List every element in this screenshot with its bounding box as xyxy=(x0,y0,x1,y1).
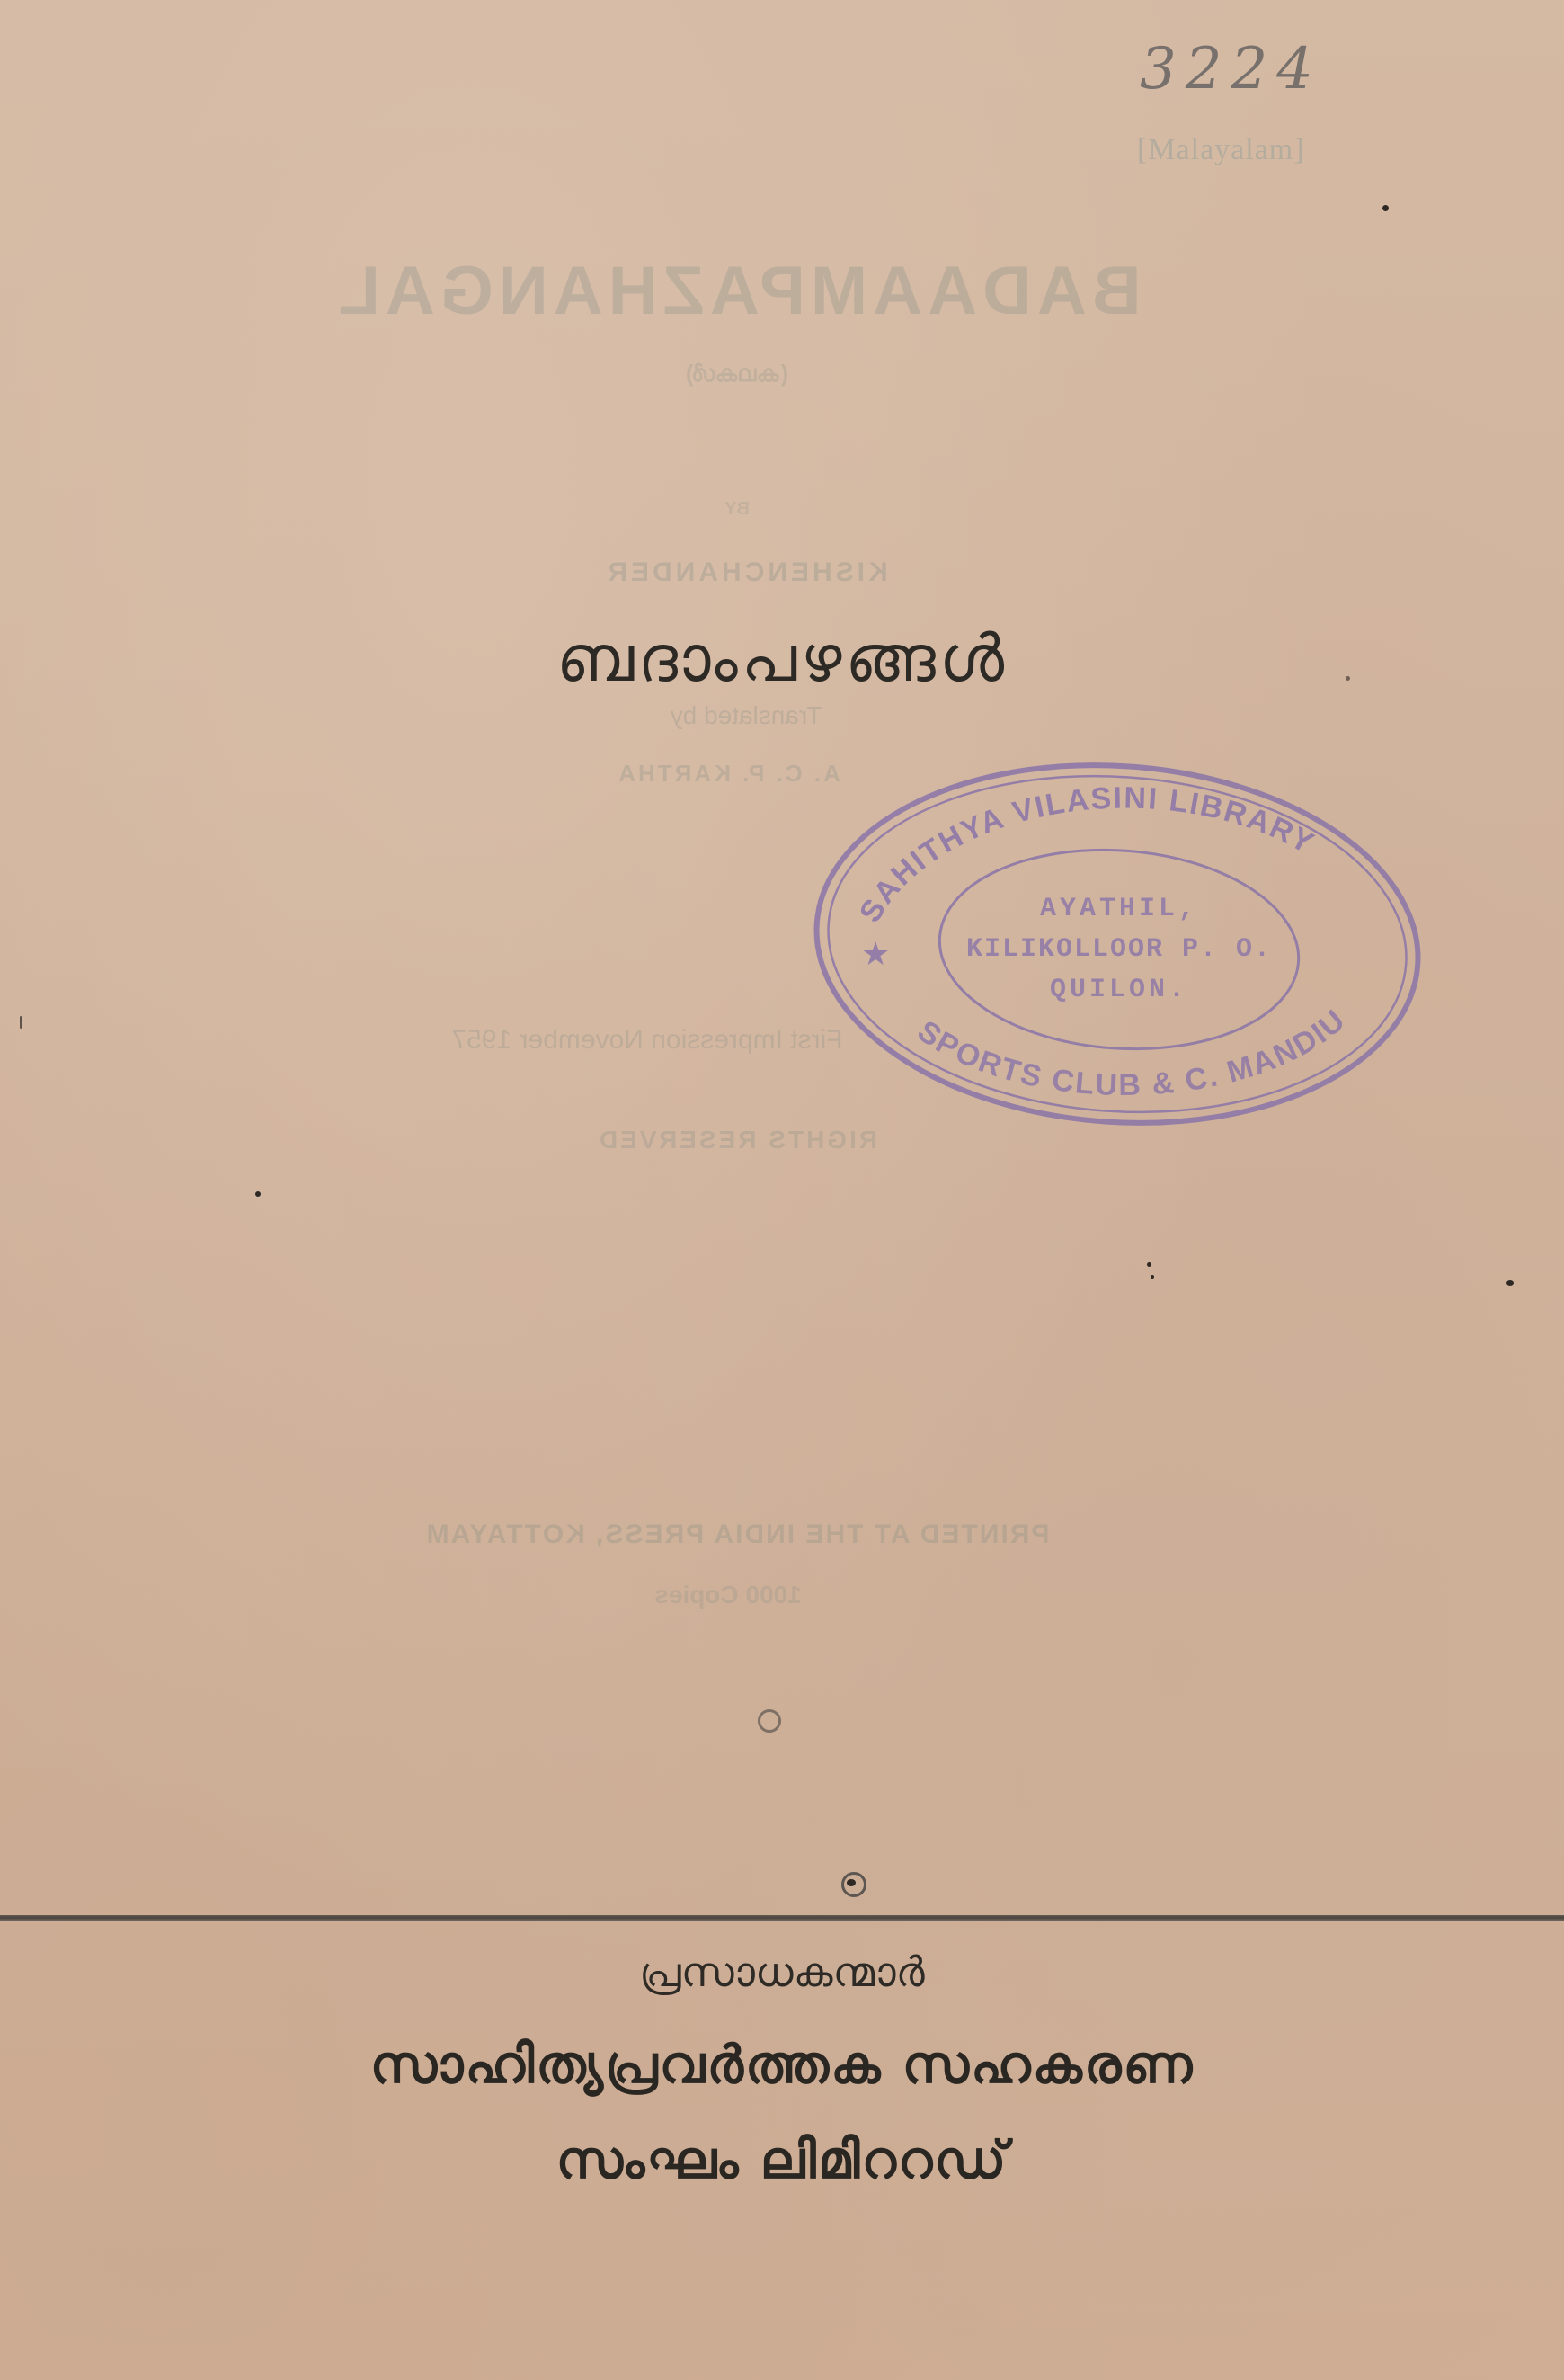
paper-speck xyxy=(1382,205,1389,211)
show-through-copies: 1000 Copies xyxy=(611,1581,845,1609)
paper-speck xyxy=(1151,1275,1154,1279)
show-through-printer: PRINTED AT THE INDIA PRESS, KOTTAYAM xyxy=(306,1520,1169,1550)
show-through-translated-by: Translated by xyxy=(611,701,881,730)
show-through-title: BADAAMPAZHANGAL xyxy=(270,252,1204,330)
stamp-inner-line2: KILIKOLLOOR P. O. xyxy=(966,934,1272,965)
stamp-inner-line3: QUILON. xyxy=(1050,975,1188,1005)
title-page: 3224 [Malayalam] BADAAMPAZHANGAL (കഥകൾ) … xyxy=(0,0,1564,2380)
publisher-name-line2: സംഘം ലിമിററഡ് xyxy=(0,2129,1564,2191)
paper-speck xyxy=(20,1016,22,1029)
publisher-name-line1: സാഹിത്യപ്രവർത്തക സഹകരണ xyxy=(0,2034,1564,2096)
paper-speck xyxy=(255,1191,261,1197)
paper-speck xyxy=(847,1879,856,1886)
book-title: ബദാംപഴങ്ങൾ xyxy=(0,620,1564,698)
catalog-number: 3224 xyxy=(1140,36,1322,103)
divider-rule xyxy=(0,1915,1564,1921)
library-stamp: SAHITHYA VILASINI LIBRARY SPORTS CLUB & … xyxy=(803,753,1432,1136)
paper-speck xyxy=(1346,676,1350,681)
show-through-by: BY xyxy=(692,499,782,520)
paper-speck xyxy=(1506,1280,1514,1286)
stamp-inner-line1: AYATHIL, xyxy=(1040,894,1198,924)
star-icon: ★ xyxy=(861,936,890,973)
paper-ring-mark xyxy=(758,1709,781,1733)
paper-speck xyxy=(1147,1262,1151,1267)
show-through-subtitle: (കഥകൾ) xyxy=(629,360,845,388)
publisher-label: പ്രസാധകന്മാർ xyxy=(0,1948,1564,1998)
show-through-author: KISHENCHANDER xyxy=(530,557,962,588)
catalog-note: [Malayalam] xyxy=(1137,133,1305,167)
